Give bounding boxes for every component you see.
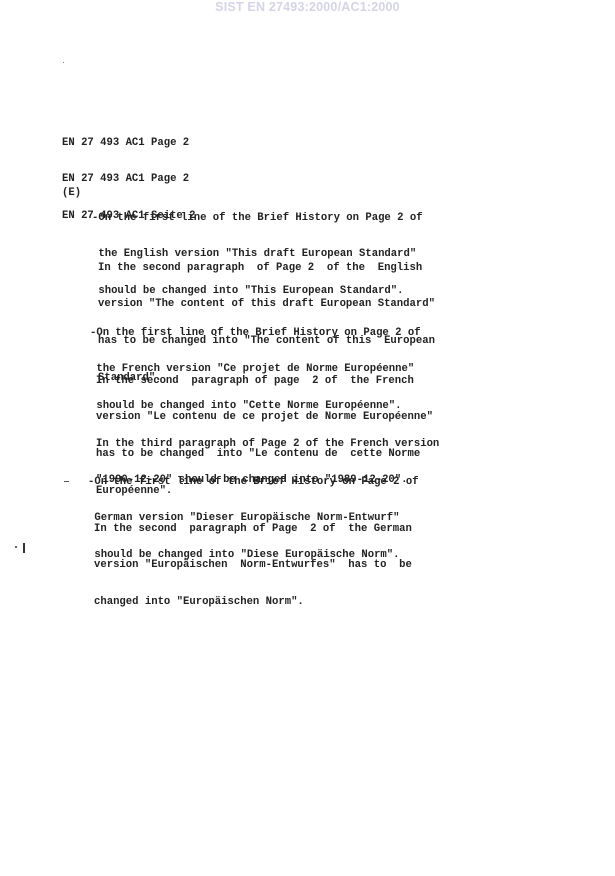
paragraph-line: In the second paragraph of Page 2 of the…: [94, 523, 412, 535]
reference-line-english: EN 27 493 AC1 Page 2: [62, 137, 196, 149]
paragraph-line: -On the first line of the Brief History …: [92, 212, 423, 224]
scan-artifact-margin-mark: [23, 543, 25, 553]
paragraph-line: In the second paragraph of page 2 of the…: [96, 375, 433, 387]
paragraph-line: -On the first line of the Brief History …: [88, 476, 419, 488]
document-watermark: SIST EN 27493:2000/AC1:2000: [0, 0, 615, 14]
paragraph-german-second: In the second paragraph of Page 2 of the…: [94, 498, 412, 621]
paragraph-line: In the second paragraph of Page 2 of the…: [98, 262, 435, 274]
paragraph-line: changed into "Europäischen Norm".: [94, 596, 412, 608]
paragraph-line: In the third paragraph of Page 2 of the …: [96, 438, 439, 450]
paragraph-line: version "Europäischen Norm-Entwurfes" ha…: [94, 559, 412, 571]
scan-artifact-dot: [15, 546, 17, 548]
section-label: (E): [62, 187, 81, 199]
reference-line-french: EN 27 493 AC1 Page 2: [62, 173, 196, 185]
paragraph-line: -On the first line of the Brief History …: [90, 327, 421, 339]
scan-artifact-dash: [64, 481, 69, 482]
scan-artifact-speck: [63, 62, 64, 63]
